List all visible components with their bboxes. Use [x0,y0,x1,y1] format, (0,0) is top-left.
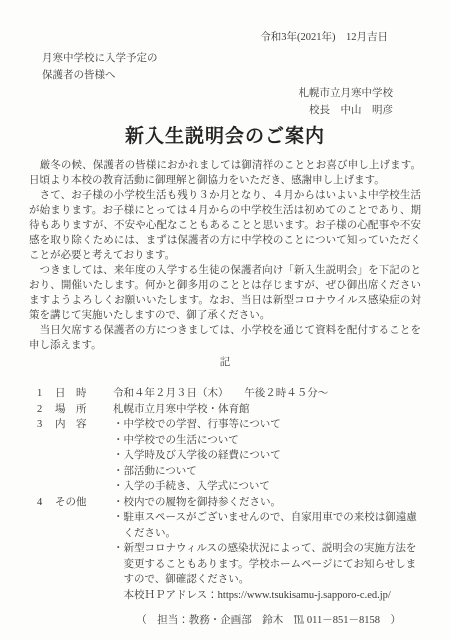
content-bullet: ・入学時及び入学後の経費について [113,448,421,464]
school-homepage-url: 本校ＨＰアドレス：https://www.tsukisamu-j.sapporo… [113,588,421,604]
item-content: ・中学校での学習、行事等について ・中学校での生活について ・入学時及び入学後の… [113,417,421,495]
item-label: 内 容 [55,417,113,495]
item-content: ・校内での履物を御持参ください。 ・駐車スペースがございませんので、自家用車での… [113,495,421,604]
list-item-contents: 3 内 容 ・中学校での学習、行事等について ・中学校での生活について ・入学時… [37,417,421,495]
list-item-datetime: 1 日 時 令和４年２月３日（木） 午後２時４５分～ [37,386,421,402]
sender-block: 札幌市立月寒中学校 校長 中山 明彦 [29,86,421,119]
item-number: 2 [37,402,55,418]
item-number: 3 [37,417,55,495]
item-number: 1 [37,386,55,402]
item-content: 令和４年２月３日（木） 午後２時４５分～ [113,386,421,402]
letter-page: 令和3年(2021年) 12月吉日 月寒中学校に入学予定の 保護者の皆様へ 札幌… [0,0,450,640]
body-paragraph-invitation: つきましては、来年度の入学する生徒の保護者向け「新入生説明会」を下記のとおり、開… [29,263,421,323]
list-item-other: 4 その他 ・校内での履物を御持参ください。 ・駐車スペースがございませんので、… [37,495,421,604]
other-bullet: ・駐車スペースがございませんので、自家用車での来校は御遠慮ください。 [113,510,421,541]
item-number: 4 [37,495,55,604]
item-content: 札幌市立月寒中学校・体育館 [113,402,421,418]
list-item-place: 2 場 所 札幌市立月寒中学校・体育館 [37,402,421,418]
contact-footer: （ 担当：教務・企画部 鈴木 ℡ 011－851－8158 ） [29,613,421,629]
content-bullet: ・入学の手続き、入学式について [113,479,421,495]
record-marker: 記 [29,355,421,371]
body-paragraph-greeting: 厳冬の候、保護者の皆様におかれましては御清祥のこととお喜び申し上げます。日頃より… [29,158,421,188]
body-paragraph-absence: 当日欠席する保護者の方につきましては、小学校を通じて資料を配付することを申し添え… [29,323,421,353]
addressee-line-2: 保護者の皆様へ [42,68,421,85]
document-title: 新入生説明会のご案内 [29,123,421,151]
addressee-block: 月寒中学校に入学予定の 保護者の皆様へ [42,51,421,84]
sender-principal: 校長 中山 明彦 [29,103,393,120]
place-value: 札幌市立月寒中学校・体育館 [113,402,421,418]
sender-school: 札幌市立月寒中学校 [29,86,393,103]
content-bullet: ・部活動について [113,464,421,480]
issue-date: 令和3年(2021年) 12月吉日 [29,30,421,46]
item-label: その他 [55,495,113,604]
other-bullet: ・新型コロナウィルスの感染状況によって、説明会の実施方法を変更することもあります… [113,541,421,588]
details-list: 1 日 時 令和４年２月３日（木） 午後２時４５分～ 2 場 所 札幌市立月寒中… [29,386,421,603]
item-label: 日 時 [55,386,113,402]
item-label: 場 所 [55,402,113,418]
addressee-line-1: 月寒中学校に入学予定の [42,51,421,68]
content-bullet: ・中学校での生活について [113,433,421,449]
other-bullet: ・校内での履物を御持参ください。 [113,495,421,511]
letter-body: 厳冬の候、保護者の皆様におかれましては御清祥のこととお喜び申し上げます。日頃より… [29,158,421,353]
body-paragraph-context: さて、お子様の小学校生活も残り３か月となり、４月からはいよいよ中学校生活が始まり… [29,188,421,263]
content-bullet: ・中学校での学習、行事等について [113,417,421,433]
datetime-value: 令和４年２月３日（木） 午後２時４５分～ [113,386,421,402]
